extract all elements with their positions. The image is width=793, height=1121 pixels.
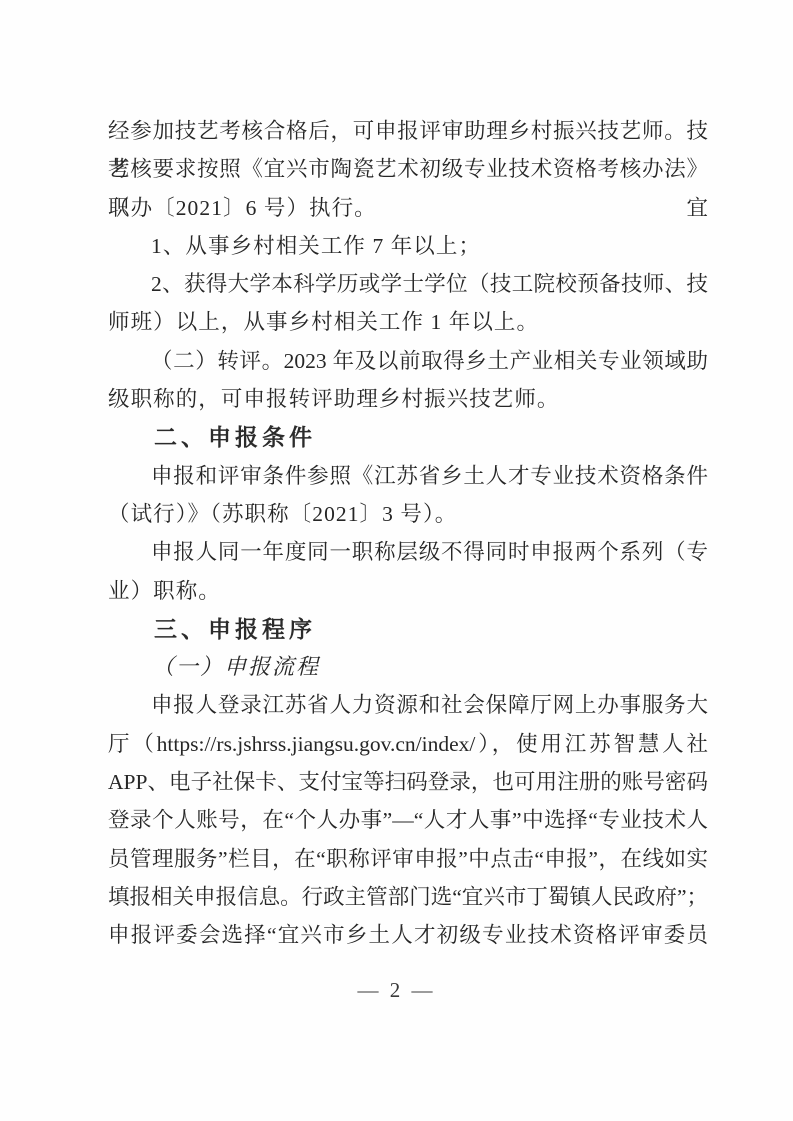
text-line: 申报人同一年度同一职称层级不得同时申报两个系列（专 [108,533,708,571]
subsection-heading: （一）申报流程 [108,648,708,686]
text-line: 填报相关申报信息。行政主管部门选“宜兴市丁蜀镇人民政府”； [108,878,708,916]
document-lines: 经参加技艺考核合格后，可申报评审助理乡村振兴技艺师。技艺考核要求按照《宜兴市陶瓷… [108,112,708,955]
text-line: （二）转评。2023 年及以前取得乡土产业相关专业领域助 [108,342,708,380]
section-heading: 三、申报程序 [108,610,708,648]
page-number: — 2 — [0,978,793,1003]
text-line: 级职称的，可申报转评助理乡村振兴技艺师。 [108,380,708,418]
document-page: 经参加技艺考核合格后，可申报评审助理乡村振兴技艺师。技艺考核要求按照《宜兴市陶瓷… [0,0,793,1121]
text-line: 登录个人账号，在“个人办事”—“人才人事”中选择“专业技术人 [108,801,708,839]
text-line: 2、获得大学本科学历或学士学位（技工院校预备技师、技 [108,265,708,303]
text-line: 厅（https://rs.jshrss.jiangsu.gov.cn/index… [108,725,708,763]
text-line: 考核要求按照《宜兴市陶瓷艺术初级专业技术资格考核办法》（宜 [108,150,708,188]
text-line: （试行）》（苏职称〔2021〕3 号）。 [108,495,708,533]
text-line: 申报人登录江苏省人力资源和社会保障厅网上办事服务大 [108,686,708,724]
text-line: APP、电子社保卡、支付宝等扫码登录，也可用注册的账号密码 [108,763,708,801]
text-line: 员管理服务”栏目，在“职称评审申报”中点击“申报”，在线如实 [108,840,708,878]
text-line: 申报评委会选择“宜兴市乡土人才初级专业技术资格评审委员 [108,916,708,954]
text-line: 申报和评审条件参照《江苏省乡土人才专业技术资格条件 [108,457,708,495]
text-line: 1、从事乡村相关工作 7 年以上； [108,227,708,265]
text-line: 经参加技艺考核合格后，可申报评审助理乡村振兴技艺师。技艺 [108,112,708,150]
text-line: 师班）以上，从事乡村相关工作 1 年以上。 [108,303,708,341]
text-line: 业）职称。 [108,572,708,610]
section-heading: 二、申报条件 [108,418,708,456]
